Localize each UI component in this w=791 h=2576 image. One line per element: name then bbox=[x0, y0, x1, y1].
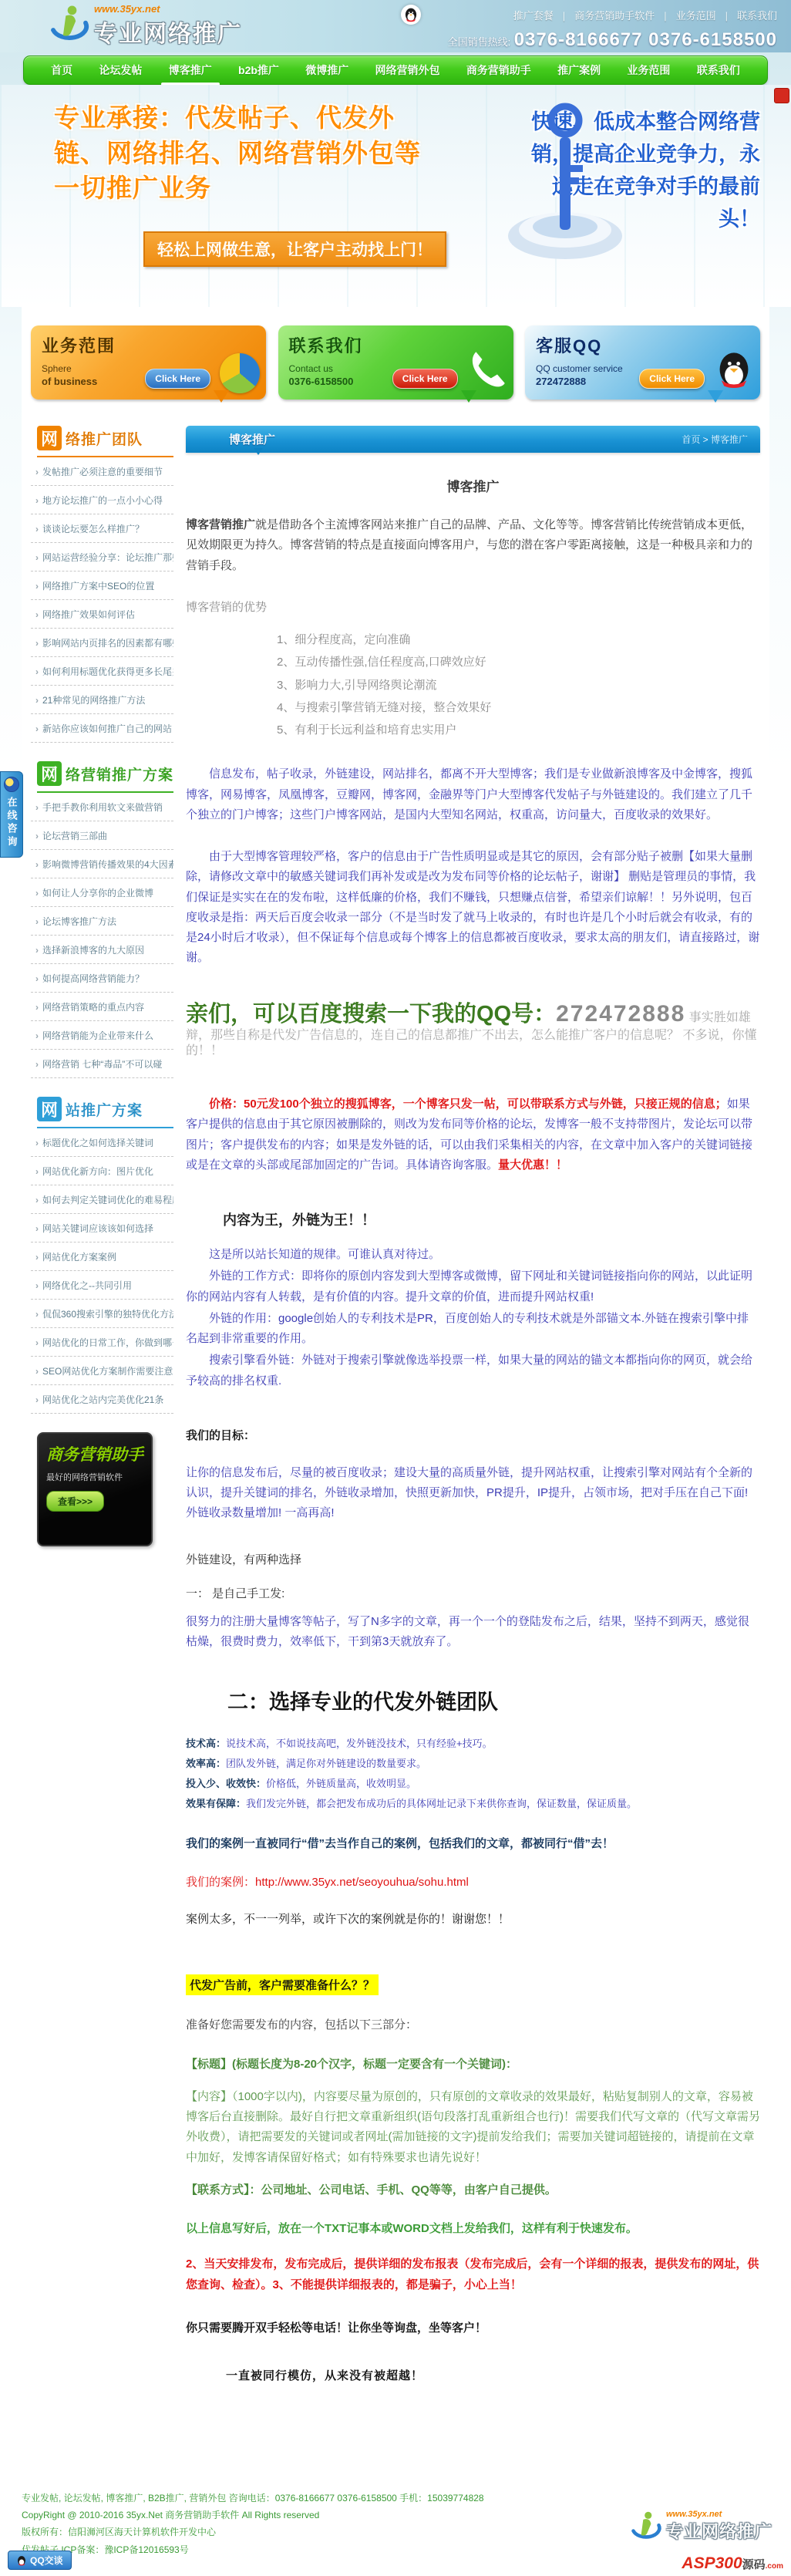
arrow-bullet-icon: › bbox=[35, 552, 39, 563]
content-title-bar: 博客推广 首页 > 博客推广 bbox=[186, 426, 760, 453]
arrow-bullet-icon: › bbox=[35, 1002, 39, 1013]
nav-item[interactable]: 首页 bbox=[48, 56, 76, 84]
arrow-bullet-icon: › bbox=[35, 581, 39, 592]
sidebar-section-marketing-plan: 网 络营销推广方案 ›手把手教你利用软文来做营销›论坛营销三部曲›影响微博营销传… bbox=[31, 761, 173, 1078]
phone-icon bbox=[467, 349, 507, 393]
sidebar-article-link[interactable]: ›网络营销策略的重点内容 bbox=[31, 993, 173, 1021]
nav-item[interactable]: 推广案例 bbox=[554, 56, 604, 84]
advantages-title: 博客营销的优势 bbox=[186, 598, 760, 618]
sidebar-article-link[interactable]: ›网站优化新方向：图片优化 bbox=[31, 1157, 173, 1185]
sidebar-article-link[interactable]: ›选择新浪博客的九大原因 bbox=[31, 936, 173, 964]
relax-line: 你只需要腾开双手轻松等电话！让你坐等询盘，坐等客户！ bbox=[186, 2318, 760, 2338]
case-link-line: 我们的案例：http://www.35yx.net/seoyouhua/sohu… bbox=[186, 1873, 760, 1893]
sidebar-article-link[interactable]: ›如何提高网络营销能力？ bbox=[31, 964, 173, 993]
advantage-item: 2、互动传播性强,信任程度高,口碑效应好 bbox=[277, 651, 760, 673]
hotline: 全国销售热线: 0376-8166677 0376-6158500 bbox=[401, 29, 777, 51]
goal-heading: 我们的目标： bbox=[186, 1427, 760, 1443]
ad-subtitle: 最好的网络营销软件 bbox=[46, 1471, 143, 1483]
king-paragraphs: 这是所以站长知道的规律。可谁认真对待过。外链的工作方式：即将你的原创内容发到大型… bbox=[186, 1245, 760, 1391]
main-wrapper: 业务范围 Sphere of business Click Here 联系我们 … bbox=[22, 307, 769, 2386]
sidebar-article-link[interactable]: ›论坛营销三部曲 bbox=[31, 821, 173, 850]
hotline-numbers: 0376-8166677 0376-6158500 bbox=[514, 29, 777, 50]
sidebar-article-link[interactable]: ›网站运营经验分享：论坛推广那些事儿 bbox=[31, 543, 173, 572]
sidebar-section-header: 网 站推广方案 bbox=[37, 1097, 173, 1128]
key-graphic bbox=[500, 91, 631, 272]
sidebar-section-header: 网 络推广团队 bbox=[37, 426, 173, 457]
qq-heading: 亲们，可以百度搜索一下我的QQ号： bbox=[186, 1002, 556, 1027]
arrow-bullet-icon: › bbox=[35, 1223, 39, 1234]
choice1-paragraph: 很努力的注册大量博客等帖子，写了N多字的文章，再一个一个的登陆发布之后，结果，坚… bbox=[186, 1612, 760, 1653]
sidebar-article-link[interactable]: ›新站你应该如何推广自己的网站 bbox=[31, 714, 173, 743]
sidebar-article-link[interactable]: ›侃侃360搜索引擎的独特优化方法 bbox=[31, 1300, 173, 1328]
arrow-bullet-icon: › bbox=[35, 945, 39, 956]
arrow-bullet-icon: › bbox=[35, 495, 39, 506]
qq-penguin-icon bbox=[403, 7, 419, 22]
nav-item[interactable]: b2b推广 bbox=[235, 56, 282, 84]
blog-services-paragraph: 信息发布，帖子收录，外链建设，网站排名，都离不开大型博客；我们是专业做新浪博客及… bbox=[186, 764, 760, 825]
ad-title: 商务营销助手 bbox=[46, 1446, 143, 1465]
site-logo[interactable]: www.35yx.net 专业网络推广 bbox=[48, 3, 242, 49]
arrow-bullet-icon: › bbox=[35, 524, 39, 534]
advantage-item: 4、与搜索引擎营销无缝对接，整合效果好 bbox=[277, 696, 760, 719]
choice2-heading: 二：选择专业的代发外链团队 bbox=[227, 1685, 760, 1715]
pie-chart-icon bbox=[220, 353, 260, 393]
online-consult-widget[interactable]: 在线咨询 bbox=[0, 771, 23, 858]
prepare-heading: 代发广告前，客户需要准备什么？？ bbox=[186, 1974, 379, 1995]
arrow-bullet-icon: › bbox=[35, 1280, 39, 1291]
sidebar-article-link[interactable]: ›手把手教你利用软文来做营销 bbox=[31, 793, 173, 821]
main-nav: 首页论坛发帖博客推广b2b推广微博推广网络营销外包商务营销助手推广案例业务范围联… bbox=[23, 56, 768, 85]
top-nav-link[interactable]: 推广套餐 bbox=[513, 8, 554, 22]
case-label: 我们的案例： bbox=[186, 1876, 255, 1889]
arrow-bullet-icon: › bbox=[35, 1195, 39, 1205]
breadcrumb[interactable]: 首页 > 博客推广 bbox=[682, 433, 748, 446]
hotline-label: 全国销售热线: bbox=[448, 36, 511, 48]
qq-search-block: 亲们，可以百度搜索一下我的QQ号：272472888 事实胜如雄辩，那些自称是代… bbox=[186, 1000, 760, 1060]
case-bold-line: 我们的案例一直被同行“借”去当作自己的案例，包括我们的文章，都被同行“借”去！ bbox=[186, 1834, 760, 1854]
nav-item[interactable]: 商务营销助手 bbox=[463, 56, 534, 84]
sidebar-article-link[interactable]: ›网络优化之--共同引用 bbox=[31, 1271, 173, 1300]
prepare-title-line: 【标题】(标题长度为8-20个汉字，标题一定要含有一个关键词)： bbox=[186, 2055, 760, 2075]
content-bar-title: 博客推广 bbox=[229, 431, 275, 447]
choice2-item: 技术高：说技术高，不如说技高吧，发外链没技术，只有经验+技巧。 bbox=[186, 1734, 760, 1754]
sidebar-article-link[interactable]: ›地方论坛推广的一点小小心得 bbox=[31, 486, 173, 514]
king-paragraph: 搜索引擎看外链：外链对于搜索引擎就像选举投票一样，如果大量的网站的锚文本都指向你… bbox=[186, 1350, 760, 1391]
footer-line-keywords: 专业发帖, 论坛发帖, 博客推广, B2B推广, 营销外包 咨询电话：0376-… bbox=[22, 2490, 769, 2507]
page: www.35yx.net 专业网络推广 推广套餐商务营销助手软件业务范 bbox=[0, 0, 791, 2576]
arrow-bullet-icon: › bbox=[35, 1030, 39, 1041]
footer-logo[interactable]: www.35yx.net 专业网络推广 bbox=[629, 2510, 772, 2544]
nav-item[interactable]: 业务范围 bbox=[624, 56, 673, 84]
qq-icon[interactable] bbox=[401, 5, 421, 25]
arrow-bullet-icon: › bbox=[35, 609, 39, 620]
sidebar-article-link[interactable]: ›SEO网站优化方案制作需要注意哪些? bbox=[31, 1357, 173, 1385]
arrow-bullet-icon: › bbox=[35, 1059, 39, 1070]
arrow-bullet-icon: › bbox=[35, 695, 39, 706]
advantage-item: 5、有利于长远利益和培育忠实用户 bbox=[277, 719, 760, 741]
case-url-link[interactable]: http://www.35yx.net/seoyouhua/sohu.html bbox=[255, 1876, 469, 1889]
arrow-bullet-icon: › bbox=[35, 666, 39, 677]
hero-banner: 专业承接：代发帖子、代发外链、网络排名、网络营销外包等一切推广业务 轻松上网做生… bbox=[0, 85, 791, 307]
arrow-bullet-icon: › bbox=[35, 888, 39, 899]
nav-item[interactable]: 论坛发帖 bbox=[96, 56, 145, 84]
click-here-button[interactable]: Click Here bbox=[639, 369, 705, 389]
choice2-item: 效率高：团队发外链，满足你对外链建设的数量要求。 bbox=[186, 1754, 760, 1774]
sidebar-article-link[interactable]: ›发帖推广必须注意的重要细节 bbox=[31, 457, 173, 486]
arrow-bullet-icon: › bbox=[35, 1138, 39, 1148]
sidebar-article-link[interactable]: ›网络营销能为企业带来什么 bbox=[31, 1021, 173, 1050]
runner-logo-icon bbox=[629, 2510, 663, 2544]
policy-paragraph: 由于大型博客管理较严格，客户的信息由于广告性质明显或是其它的原因，会有部分贴子被… bbox=[186, 847, 760, 969]
arrow-bullet-icon: › bbox=[35, 1394, 39, 1405]
sidebar-article-link[interactable]: ›网络推广方案中SEO的位置 bbox=[31, 572, 173, 600]
send-note: 以上信息写好后，放在一个TXT记事本或WORD文档上发给我们，这样有利于快速发布… bbox=[186, 2219, 760, 2239]
sidebar: 网 络推广团队 ›发帖推广必须注意的重要细节›地方论坛推广的一点小小心得›谈谈论… bbox=[31, 426, 173, 2386]
qq-number: 272472888 bbox=[556, 1001, 685, 1027]
corner-widget-icon[interactable] bbox=[774, 88, 789, 103]
king-paragraph: 这是所以站长知道的规律。可谁认真对待过。 bbox=[186, 1245, 760, 1265]
sidebar-article-link[interactable]: ›标题优化之如何选择关键词 bbox=[31, 1128, 173, 1157]
ad-button[interactable]: 查看>>> bbox=[46, 1491, 104, 1512]
section-badge: 网 bbox=[37, 426, 62, 450]
sidebar-article-link[interactable]: ›网络推广效果如何评估 bbox=[31, 600, 173, 629]
arrow-bullet-icon: › bbox=[35, 859, 39, 870]
arrow-bullet-icon: › bbox=[35, 802, 39, 813]
consult-icon bbox=[4, 777, 19, 792]
site-header: www.35yx.net 专业网络推广 推广套餐商务营销助手软件业务范 bbox=[0, 0, 791, 52]
footer: 专业发帖, 论坛发帖, 博客推广, B2B推广, 营销外包 咨询电话：0376-… bbox=[0, 2482, 791, 2576]
asp300-logo[interactable]: ASP300源码.com bbox=[682, 2554, 783, 2573]
page-title: 博客推广 bbox=[186, 476, 760, 495]
nav-item[interactable]: 博客推广 bbox=[166, 56, 215, 84]
choice1-title: 一： 是自己手工发: bbox=[186, 1584, 760, 1604]
sidebar-article-link[interactable]: ›影响微博营销传播效果的4大因素 bbox=[31, 850, 173, 878]
sidebar-section-promotion-team: 网 络推广团队 ›发帖推广必须注意的重要细节›地方论坛推广的一点小小心得›谈谈论… bbox=[31, 426, 173, 743]
sidebar-article-link[interactable]: ›谈谈论坛要怎么样推广？ bbox=[31, 514, 173, 543]
king-paragraph: 外链的工作方式：即将你的原创内容发到大型博客或微博，留下网址和关键词链接指向你的… bbox=[186, 1266, 760, 1307]
sidebar-article-link[interactable]: ›影响网站内页排名的因素都有哪些? bbox=[31, 629, 173, 657]
promo-business-scope[interactable]: 业务范围 Sphere of business Click Here bbox=[31, 325, 266, 400]
arrow-bullet-icon: › bbox=[35, 1366, 39, 1377]
sidebar-article-link[interactable]: ›如何让人分享你的企业微博 bbox=[31, 878, 173, 907]
arrow-bullet-icon: › bbox=[35, 1252, 39, 1263]
prepare-content-line: 【内容】（1000字以内)，内容要尽量为原创的，只有原创的文章收录的效果最好，粘… bbox=[186, 2087, 760, 2168]
top-nav-link[interactable]: 联系我们 bbox=[716, 8, 777, 22]
nav-item[interactable]: 联系我们 bbox=[694, 56, 743, 84]
section-badge: 网 bbox=[37, 761, 62, 786]
click-here-button[interactable]: Click Here bbox=[145, 369, 210, 389]
arrow-bullet-icon: › bbox=[35, 638, 39, 649]
logo-url: www.35yx.net bbox=[94, 3, 242, 15]
prepare-contact-line: 【联系方式】：公司地址、公司电话、手机、QQ等等，由客户自己提供。 bbox=[186, 2180, 760, 2200]
nav-item[interactable]: 微博推广 bbox=[302, 56, 352, 84]
slogan-line: 一直被同行模仿，从来没有被超越！ bbox=[226, 2366, 760, 2386]
sidebar-section-header: 网 络营销推广方案 bbox=[37, 761, 173, 793]
sidebar-article-link[interactable]: ›如何利用标题优化获得更多长尾关键词排名 bbox=[31, 657, 173, 686]
price-paragraph: 价格：50元发100个独立的搜狐博客，一个博客只发一帖，可以带联系方式与外链，只… bbox=[186, 1094, 760, 1175]
goal-paragraph: 让你的信息发布后，尽量的被百度收录；建设大量的高质量外链，提升网站权重，让搜索引… bbox=[186, 1463, 760, 1524]
sidebar-article-link[interactable]: ›网站优化的日常工作，你做到哪一步了？ bbox=[31, 1328, 173, 1357]
case-more-line: 案例太多，不一一列举，或许下次的案例就是你的！谢谢您！！ bbox=[186, 1910, 760, 1930]
nav-item[interactable]: 网络营销外包 bbox=[372, 56, 443, 84]
sidebar-article-link[interactable]: ›如何去判定关键词优化的难易程度 bbox=[31, 1185, 173, 1214]
arrow-bullet-icon: › bbox=[35, 1309, 39, 1320]
arrow-bullet-icon: › bbox=[35, 831, 39, 841]
logo-title: 专业网络推广 bbox=[94, 15, 242, 49]
sidebar-section-site-plan: 网 站推广方案 ›标题优化之如何选择关键词›网站优化新方向：图片优化›如何去判定… bbox=[31, 1097, 173, 1414]
main-content: 博客推广 首页 > 博客推广 博客推广 博客营销推广就是借助各个主流博客网站来推… bbox=[186, 426, 760, 2386]
promo-row: 业务范围 Sphere of business Click Here 联系我们 … bbox=[22, 325, 769, 400]
promo-contact-us[interactable]: 联系我们 Contact us 0376-6158500 Click Here bbox=[278, 325, 513, 400]
choice2-item: 效果有保障：我们发完外链，都会把发布成功后的具体网址记录下来供你查询，保证数量，… bbox=[186, 1794, 760, 1814]
section-badge: 网 bbox=[37, 1097, 62, 1121]
sidebar-article-link[interactable]: ›网站优化方案案例 bbox=[31, 1242, 173, 1271]
advantage-item: 1、细分程度高，定向准确 bbox=[277, 629, 760, 651]
footer-logo-title: 专业网络推广 bbox=[666, 2519, 772, 2543]
top-nav-link[interactable]: 业务范围 bbox=[655, 8, 715, 22]
top-nav: 推广套餐商务营销助手软件业务范围联系我们 bbox=[401, 5, 777, 25]
sidebar-article-link[interactable]: ›论坛博客推广方法 bbox=[31, 907, 173, 936]
qq-penguin-icon bbox=[714, 349, 754, 393]
sidebar-article-link[interactable]: ›21种常见的网络推广方法 bbox=[31, 686, 173, 714]
choices-heading: 外链建设，有两种选择 bbox=[186, 1550, 760, 1570]
advantages-list: 1、细分程度高，定向准确2、互动传播性强,信任程度高,口碑效应好3、影响力大,引… bbox=[186, 629, 760, 741]
qq-penguin-icon bbox=[16, 2555, 27, 2566]
report-note: 2、当天安排发布，发布完成后，提供详细的发布报表（发布完成后，会有一个详细的报表… bbox=[186, 2254, 760, 2295]
choice2-item: 投入少、收效快：价格低，外链质量高，收效明显。 bbox=[186, 1774, 760, 1794]
arrow-bullet-icon: › bbox=[35, 1337, 39, 1348]
banner-headline: 专业承接：代发帖子、代发外链、网络排名、网络营销外包等一切推广业务 bbox=[54, 100, 439, 206]
king-paragraph: 外链的作用：google创始人的专利技术是PR，百度创始人的专利技术就是外部锚文… bbox=[186, 1309, 760, 1350]
arrow-bullet-icon: › bbox=[35, 723, 39, 734]
runner-logo-icon bbox=[48, 3, 91, 46]
qq-chat-button[interactable]: QQ交谈 bbox=[8, 2551, 72, 2570]
arrow-bullet-icon: › bbox=[35, 916, 39, 927]
king-heading: 内容为王，外链为王！！ bbox=[223, 1209, 760, 1229]
banner-badge: 轻松上网做生意，让客户主动找上门！ bbox=[143, 231, 446, 267]
click-here-button[interactable]: Click Here bbox=[392, 369, 458, 389]
footer-logo-url: www.35yx.net bbox=[666, 2510, 772, 2519]
sidebar-ad-banner[interactable]: 商务营销助手 最好的网络营销软件 查看>>> bbox=[37, 1432, 153, 1546]
sidebar-article-link[interactable]: ›网站优化之站内完美优化21条 bbox=[31, 1385, 173, 1414]
arrow-bullet-icon: › bbox=[35, 973, 39, 984]
arrow-bullet-icon: › bbox=[35, 467, 39, 477]
top-nav-link[interactable]: 商务营销助手软件 bbox=[554, 8, 655, 22]
prepare-intro: 准备好您需要发布的内容，包括以下三部分： bbox=[186, 2015, 760, 2035]
choice2-list: 技术高：说技术高，不如说技高吧，发外链没技术，只有经验+技巧。效率高：团队发外链… bbox=[186, 1734, 760, 1814]
sidebar-article-link[interactable]: ›网站关键词应该该如何选择 bbox=[31, 1214, 173, 1242]
advantage-item: 3、影响力大,引导网络舆论潮流 bbox=[277, 674, 760, 696]
arrow-bullet-icon: › bbox=[35, 1166, 39, 1177]
promo-qq-service[interactable]: 客服QQ QQ customer service 272472888 Click… bbox=[525, 325, 760, 400]
consult-label: 在线咨询 bbox=[5, 797, 19, 849]
sidebar-article-link[interactable]: ›网络营销 七种“毒品”不可以碰 bbox=[31, 1050, 173, 1078]
intro-paragraph: 博客营销推广就是借助各个主流博客网站来推广自己的品牌、产品、文化等等。博客营销比… bbox=[186, 515, 760, 576]
